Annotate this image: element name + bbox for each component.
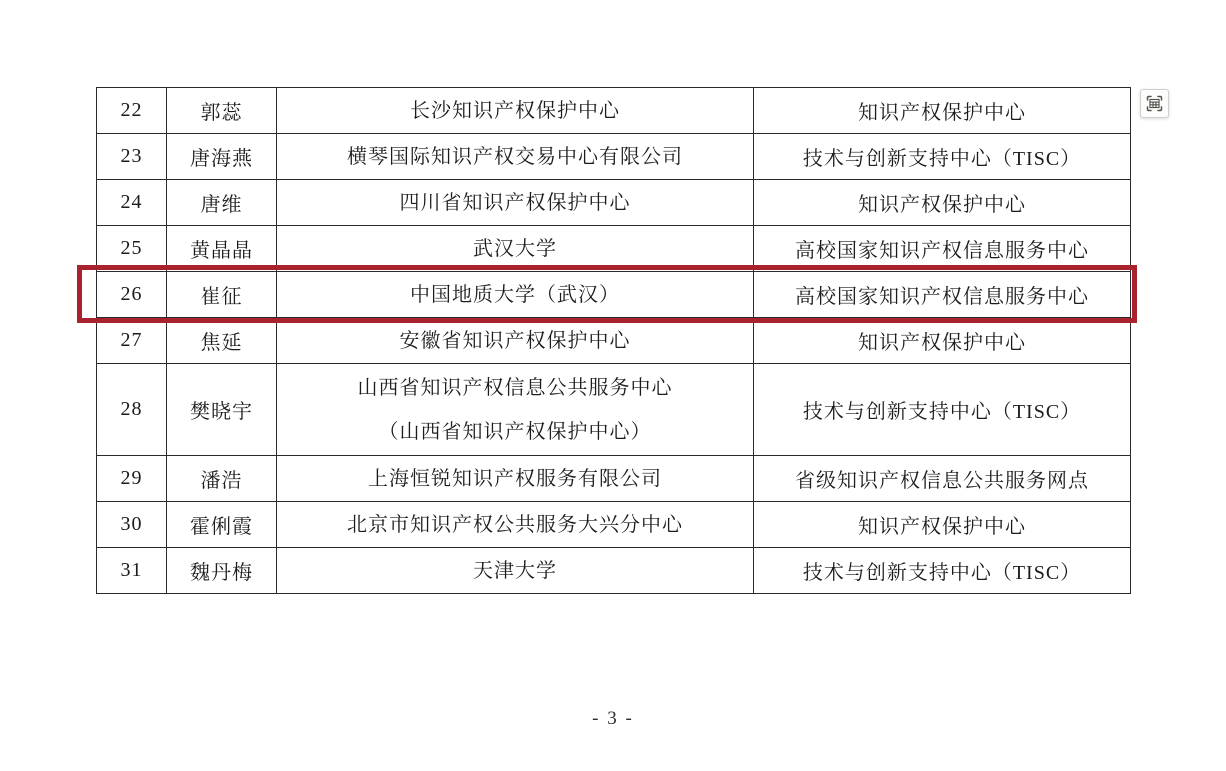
roster-table: 22郭蕊长沙知识产权保护中心知识产权保护中心23唐海燕横琴国际知识产权交易中心有…	[96, 87, 1131, 594]
organization-cell: 四川省知识产权保护中心	[277, 180, 754, 226]
row-number-cell: 31	[97, 548, 167, 594]
table-row: 29潘浩上海恒锐知识产权服务有限公司省级知识产权信息公共服务网点	[97, 456, 1131, 502]
table-extract-button[interactable]	[1140, 89, 1169, 118]
organization-cell: 上海恒锐知识产权服务有限公司	[277, 456, 754, 502]
organization-cell: 长沙知识产权保护中心	[277, 88, 754, 134]
organization-line: 安徽省知识产权保护中心	[281, 319, 749, 363]
center-type-cell: 技术与创新支持中心（TISC）	[754, 134, 1131, 180]
row-number-cell: 29	[97, 456, 167, 502]
organization-cell: 山西省知识产权信息公共服务中心（山西省知识产权保护中心）	[277, 364, 754, 456]
organization-cell: 横琴国际知识产权交易中心有限公司	[277, 134, 754, 180]
name-cell: 唐维	[167, 180, 277, 226]
organization-line: 长沙知识产权保护中心	[281, 89, 749, 133]
row-number-cell: 22	[97, 88, 167, 134]
name-cell: 焦延	[167, 318, 277, 364]
center-type-cell: 知识产权保护中心	[754, 502, 1131, 548]
name-cell: 樊晓宇	[167, 364, 277, 456]
organization-line: （山西省知识产权保护中心）	[281, 410, 749, 454]
table-row: 30霍俐霞北京市知识产权公共服务大兴分中心知识产权保护中心	[97, 502, 1131, 548]
row-number-cell: 23	[97, 134, 167, 180]
organization-line: 中国地质大学（武汉）	[281, 273, 749, 317]
row-number-cell: 28	[97, 364, 167, 456]
roster-table-body: 22郭蕊长沙知识产权保护中心知识产权保护中心23唐海燕横琴国际知识产权交易中心有…	[97, 88, 1131, 594]
table-select-icon	[1144, 93, 1165, 114]
organization-cell: 天津大学	[277, 548, 754, 594]
organization-line: 天津大学	[281, 549, 749, 593]
center-type-cell: 知识产权保护中心	[754, 318, 1131, 364]
table-row: 22郭蕊长沙知识产权保护中心知识产权保护中心	[97, 88, 1131, 134]
name-cell: 黄晶晶	[167, 226, 277, 272]
organization-cell: 安徽省知识产权保护中心	[277, 318, 754, 364]
name-cell: 唐海燕	[167, 134, 277, 180]
row-number-cell: 30	[97, 502, 167, 548]
table-row-highlighted: 26崔征中国地质大学（武汉）高校国家知识产权信息服务中心	[97, 272, 1131, 318]
center-type-cell: 技术与创新支持中心（TISC）	[754, 548, 1131, 594]
document-page: 22郭蕊长沙知识产权保护中心知识产权保护中心23唐海燕横琴国际知识产权交易中心有…	[0, 0, 1226, 771]
center-type-cell: 高校国家知识产权信息服务中心	[754, 226, 1131, 272]
center-type-cell: 省级知识产权信息公共服务网点	[754, 456, 1131, 502]
name-cell: 潘浩	[167, 456, 277, 502]
table-row: 27焦延安徽省知识产权保护中心知识产权保护中心	[97, 318, 1131, 364]
organization-cell: 武汉大学	[277, 226, 754, 272]
row-number-cell: 24	[97, 180, 167, 226]
center-type-cell: 高校国家知识产权信息服务中心	[754, 272, 1131, 318]
name-cell: 崔征	[167, 272, 277, 318]
organization-line: 上海恒锐知识产权服务有限公司	[281, 457, 749, 501]
center-type-cell: 知识产权保护中心	[754, 88, 1131, 134]
table-row: 24唐维四川省知识产权保护中心知识产权保护中心	[97, 180, 1131, 226]
organization-cell: 中国地质大学（武汉）	[277, 272, 754, 318]
table-row: 23唐海燕横琴国际知识产权交易中心有限公司技术与创新支持中心（TISC）	[97, 134, 1131, 180]
table-row: 31魏丹梅天津大学技术与创新支持中心（TISC）	[97, 548, 1131, 594]
organization-line: 北京市知识产权公共服务大兴分中心	[281, 503, 749, 547]
table-row: 25黄晶晶武汉大学高校国家知识产权信息服务中心	[97, 226, 1131, 272]
page-number: - 3 -	[0, 708, 1226, 730]
name-cell: 霍俐霞	[167, 502, 277, 548]
organization-line: 四川省知识产权保护中心	[281, 181, 749, 225]
name-cell: 魏丹梅	[167, 548, 277, 594]
center-type-cell: 知识产权保护中心	[754, 180, 1131, 226]
table-row: 28樊晓宇山西省知识产权信息公共服务中心（山西省知识产权保护中心）技术与创新支持…	[97, 364, 1131, 456]
organization-line: 武汉大学	[281, 227, 749, 271]
organization-line: 横琴国际知识产权交易中心有限公司	[281, 135, 749, 179]
row-number-cell: 27	[97, 318, 167, 364]
row-number-cell: 25	[97, 226, 167, 272]
organization-cell: 北京市知识产权公共服务大兴分中心	[277, 502, 754, 548]
name-cell: 郭蕊	[167, 88, 277, 134]
organization-line: 山西省知识产权信息公共服务中心	[281, 366, 749, 410]
center-type-cell: 技术与创新支持中心（TISC）	[754, 364, 1131, 456]
row-number-cell: 26	[97, 272, 167, 318]
